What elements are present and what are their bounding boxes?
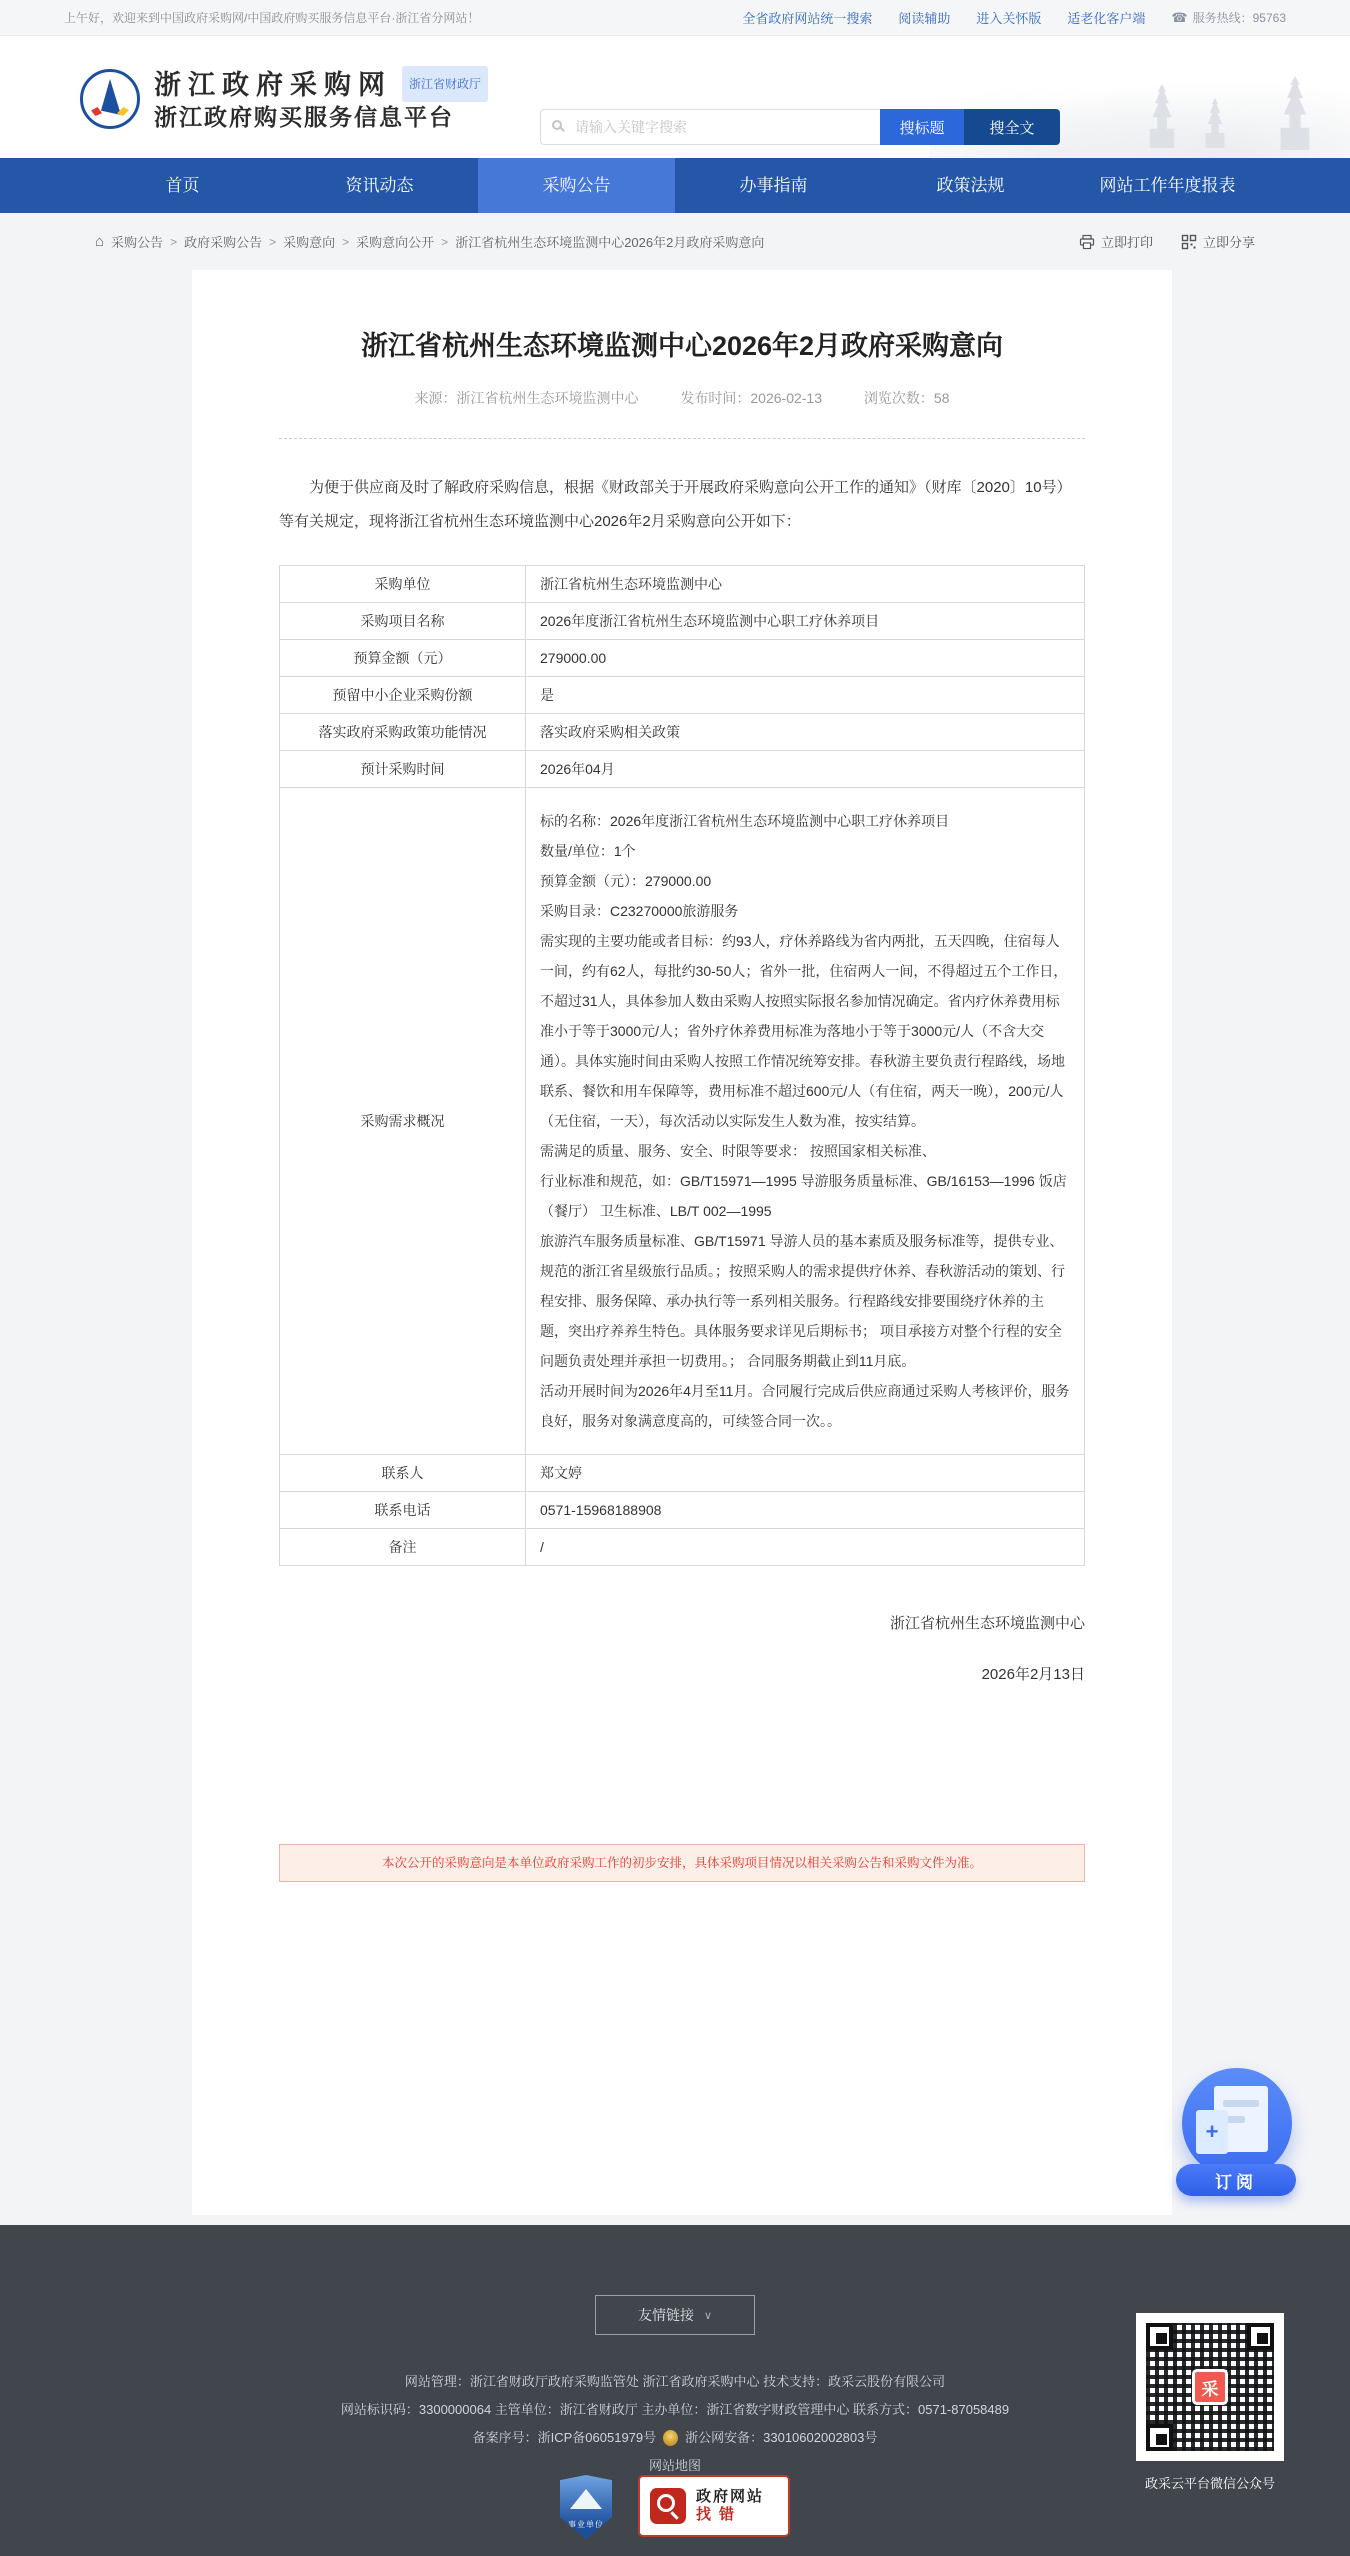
subscribe-widget[interactable]: + 订阅 (1176, 2068, 1298, 2196)
site-header: 浙江政府采购网浙江省财政厅 浙江政府购买服务信息平台 搜标题 搜全文 (0, 36, 1350, 158)
expected-time-value: 2026年04月 (526, 751, 1085, 788)
remark-value: / (526, 1529, 1085, 1566)
mountain-emblem (570, 2489, 602, 2509)
greeting-text: 上午好，欢迎来到中国政府采购网/中国政府购买服务信息平台·浙江省分网站！ (64, 9, 479, 26)
site-subtitle: 浙江政府购买服务信息平台 (154, 102, 488, 132)
main-nav: 首页 资讯动态 采购公告 办事指南 政策法规 网站工作年度报表 (0, 158, 1350, 213)
nav-item-news[interactable]: 资讯动态 (281, 158, 478, 213)
table-row: 采购单位 浙江省杭州生态环境监测中心 (280, 566, 1085, 603)
purchaser-value: 浙江省杭州生态环境监测中心 (526, 566, 1085, 603)
signature-org: 浙江省杭州生态环境监测中心 (279, 1612, 1085, 1633)
crumb-procurement-notices[interactable]: 采购公告 (111, 232, 163, 251)
icp-number: 备案序号：浙ICP备06051979号 (473, 2424, 657, 2452)
table-row: 备注 / (280, 1529, 1085, 1566)
sme-reserved-value: 是 (526, 677, 1085, 714)
site-title: 浙江政府采购网浙江省财政厅 (154, 66, 488, 102)
disclaimer-notice: 本次公开的采购意向是本单位政府采购工作的初步安排，具体采购项目情况以相关采购公告… (279, 1844, 1085, 1882)
public-institution-badge[interactable]: 事业单位 (560, 2475, 612, 2539)
procurement-intent-table: 采购单位 浙江省杭州生态环境监测中心 采购项目名称 2026年度浙江省杭州生态环… (279, 565, 1085, 1566)
site-search: 搜标题 搜全文 (540, 109, 1060, 145)
link-reading-aid[interactable]: 阅读辅助 (898, 8, 950, 27)
hotline-text: 服务热线：95763 (1193, 9, 1286, 26)
zcy-logo: 采 (1192, 2369, 1228, 2405)
link-care-version[interactable]: 进入关怀版 (976, 8, 1041, 27)
page-tools: 立即打印 立即分享 (1079, 232, 1255, 251)
pagoda-icon (1202, 98, 1228, 148)
topbar-links: 全省政府网站统一搜索 阅读辅助 进入关怀版 适老化客户端 ☎ 服务热线：9576… (742, 8, 1286, 27)
top-utility-bar: 上午好，欢迎来到中国政府采购网/中国政府购买服务信息平台·浙江省分网站！ 全省政… (0, 0, 1350, 36)
table-row: 落实政府采购政策功能情况 落实政府采购相关政策 (280, 714, 1085, 751)
table-row: 联系电话 0571-15968188908 (280, 1492, 1085, 1529)
nav-item-policies[interactable]: 政策法规 (872, 158, 1069, 213)
site-title-block: 浙江政府采购网浙江省财政厅 浙江政府购买服务信息平台 (154, 66, 488, 132)
police-emblem-icon (663, 2430, 678, 2446)
nav-item-annual-report[interactable]: 网站工作年度报表 (1069, 158, 1266, 213)
contact-phone-value: 0571-15968188908 (526, 1492, 1085, 1529)
printer-icon (1079, 234, 1095, 250)
friend-links-button[interactable]: 友情链接 ∨ (595, 2295, 755, 2335)
project-name-value: 2026年度浙江省杭州生态环境监测中心职工疗休养项目 (526, 603, 1085, 640)
phone-icon: ☎ (1171, 10, 1187, 26)
article-source: 来源：浙江省杭州生态环境监测中心 (415, 390, 639, 406)
plus-icon: + (1196, 2110, 1228, 2154)
article-views: 浏览次数：58 (864, 390, 950, 406)
footer: 友情链接 ∨ 网站管理：浙江省财政厅政府采购监管处 浙江省政府采购中心 技术支持… (0, 2225, 1350, 2556)
dashed-divider (279, 438, 1085, 439)
sitemap-link[interactable]: 网站地图 (649, 2458, 701, 2473)
police-number: 浙公网安备：33010602002803号 (685, 2424, 877, 2452)
table-row: 预计采购时间 2026年04月 (280, 751, 1085, 788)
hotline: ☎ 服务热线：95763 (1171, 9, 1286, 26)
pagoda-icon (1145, 84, 1179, 148)
table-row-demand: 采购需求概况 标的名称：2026年度浙江省杭州生态环境监测中心职工疗休养项目 数… (280, 788, 1085, 1455)
qr-share-icon (1181, 234, 1197, 250)
table-row: 采购项目名称 2026年度浙江省杭州生态环境监测中心职工疗休养项目 (280, 603, 1085, 640)
pagoda-icon (1275, 76, 1315, 150)
nav-item-procurement-notices[interactable]: 采购公告 (478, 158, 675, 213)
budget-value: 279000.00 (526, 640, 1085, 677)
crumb-procurement-intent[interactable]: 采购意向 (283, 232, 335, 251)
search-box (540, 109, 880, 145)
chevron-down-icon: ∨ (704, 2309, 712, 2322)
subscribe-button[interactable]: 订阅 (1176, 2164, 1296, 2196)
gov-site-error-report-badge[interactable]: 政府网站 找错 (638, 2475, 790, 2537)
print-button[interactable]: 立即打印 (1079, 232, 1153, 251)
contact-person-value: 郑文婷 (526, 1455, 1085, 1492)
finance-dept-badge: 浙江省财政厅 (402, 66, 488, 102)
wechat-qr-block: 采 政采云平台微信公众号 (1128, 2313, 1292, 2492)
page-title: 浙江省杭州生态环境监测中心2026年2月政府采购意向 (279, 326, 1085, 366)
site-logo-emblem (80, 69, 140, 129)
article-meta: 来源：浙江省杭州生态环境监测中心 发布时间：2026-02-13 浏览次数：58 (279, 388, 1085, 408)
policy-value: 落实政府采购相关政策 (526, 714, 1085, 751)
article-card: 浙江省杭州生态环境监测中心2026年2月政府采购意向 来源：浙江省杭州生态环境监… (192, 270, 1172, 2215)
subscribe-doc-icon: + (1182, 2068, 1292, 2178)
search-input[interactable] (540, 109, 880, 145)
home-icon[interactable]: ⌂ (95, 233, 104, 250)
table-row: 联系人 郑文婷 (280, 1455, 1085, 1492)
demand-summary-value: 标的名称：2026年度浙江省杭州生态环境监测中心职工疗休养项目 数量/单位：1个… (526, 788, 1085, 1455)
search-fulltext-button[interactable]: 搜全文 (964, 109, 1060, 145)
page: 上午好，欢迎来到中国政府采购网/中国政府购买服务信息平台·浙江省分网站！ 全省政… (0, 0, 1350, 2556)
crumb-gov-procurement-notices[interactable]: 政府采购公告 (184, 232, 262, 251)
qr-code: 采 (1136, 2313, 1284, 2461)
article-pubdate: 发布时间：2026-02-13 (680, 390, 822, 406)
table-row: 预留中小企业采购份额 是 (280, 677, 1085, 714)
site-brand: 浙江政府采购网浙江省财政厅 浙江政府购买服务信息平台 (80, 66, 488, 132)
breadcrumb-row: ⌂ 采购公告 > 政府采购公告 > 采购意向 > 采购意向公开 > 浙江省杭州生… (0, 213, 1350, 270)
link-elderly-client[interactable]: 适老化客户端 (1067, 8, 1145, 27)
red-magnifier-icon (650, 2488, 686, 2524)
signature-date: 2026年2月13日 (279, 1663, 1085, 1684)
qr-caption: 政采云平台微信公众号 (1128, 2473, 1292, 2492)
table-row: 预算金额（元） 279000.00 (280, 640, 1085, 677)
intro-paragraph: 为便于供应商及时了解政府采购信息，根据《财政部关于开展政府采购意向公开工作的通知… (279, 471, 1085, 539)
crumb-current-page: 浙江省杭州生态环境监测中心2026年2月政府采购意向 (455, 232, 764, 251)
breadcrumb: ⌂ 采购公告 > 政府采购公告 > 采购意向 > 采购意向公开 > 浙江省杭州生… (95, 232, 764, 251)
crumb-intent-publication[interactable]: 采购意向公开 (356, 232, 434, 251)
search-title-button[interactable]: 搜标题 (880, 109, 964, 145)
link-unified-search[interactable]: 全省政府网站统一搜索 (742, 8, 872, 27)
nav-item-service-guide[interactable]: 办事指南 (675, 158, 872, 213)
share-button[interactable]: 立即分享 (1181, 232, 1255, 251)
nav-item-home[interactable]: 首页 (84, 158, 281, 213)
search-icon (552, 120, 562, 130)
